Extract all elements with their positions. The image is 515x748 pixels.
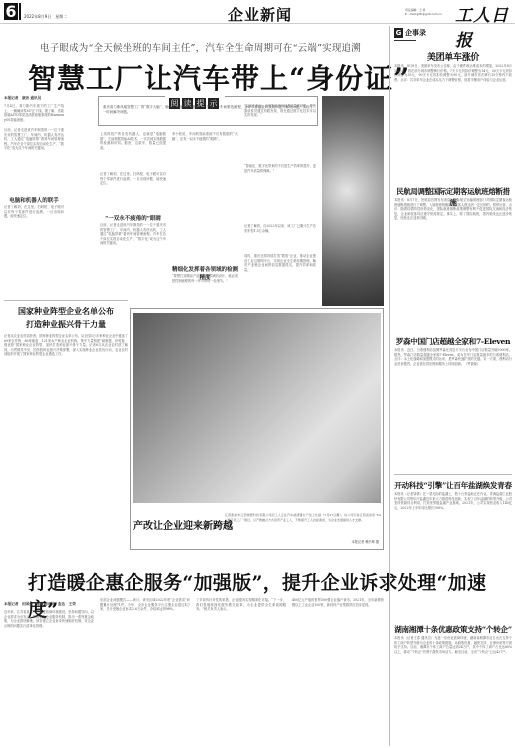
- photo-feature-image: [133, 313, 381, 503]
- column-icon: G: [394, 28, 403, 38]
- lead-col4-p1: “以前在车间，出现影响汽车外观质量的缺陷，要依靠质检员通过肉眼发现，现在通过数字…: [244, 104, 316, 164]
- lead-col4-p3: 记者了解到，自2022年以来，该工厂已累计生产各类车型1.5万余辆。: [244, 224, 316, 254]
- second-col3: 了多项有针对性的举措，企业服务实现精准化对接。“下一步，我们将继续深化服务模式改…: [196, 598, 286, 746]
- column-badge-underline: [394, 40, 416, 41]
- editor-email: E－mail:grfb@grrb.com.cn: [405, 12, 442, 16]
- lead-col1-p2: 目前，记者走进该汽车制造的一一位于重庆市的智慧工厂，车间内，机器人有序运转，工人…: [4, 128, 64, 192]
- lead-photo: [322, 96, 384, 306]
- section-title: 企业新闻: [228, 4, 292, 25]
- sidebar-story-text: 记者从农业农村部获悉，国家种业阵型企业名单公布。从全国3万多家种业企业中遴选了6…: [4, 334, 128, 552]
- editor-info: 责任编辑：王 娇 E－mail:grfb@grrb.com.cn: [405, 8, 442, 16]
- lead-col2-subhead: “一双永不疲倦的”眼睛: [100, 214, 166, 222]
- lead-col2-p1: 上线即投产的各类机器人，也就是“电脑数据”。它能根据智能AI技术，一次次地实施数…: [100, 132, 166, 172]
- brief-text: 本报讯（记者邹倩）在一望无际的盐湖上，数十台采盐船正在作业。青海盐湖工业股份有限…: [394, 492, 512, 606]
- brief-headline: 美团单车涨价: [394, 50, 512, 63]
- photo-feature-caption: 江西新余市江西施德科技有限公司的工人正在汽车滤清器生产线上忙碌（7月27日摄）。…: [225, 513, 381, 537]
- brief-headline: 罗森中国门店超越全家和7-Eleven: [394, 336, 512, 347]
- column-divider: [389, 26, 390, 746]
- brief-text: 本报讯 近日，日系便利店品牌罗森在其官方平台宣布中国门店数量突破5000家。据悉…: [394, 348, 512, 472]
- brief-text: 本报讯 8月7日，民航局官网发布消息，国际航空运输管理部门对国际定期客运航班熔断…: [394, 198, 512, 326]
- lead-col2-p2: 记者了解到，在这里，扫码枪、电子眼可以对每个零部件进行追溯，一旦出现问题，能快速…: [100, 172, 166, 212]
- photo-feature-frame: 产改让企业迎来新跨越 江西新余市江西施德科技有限公司的工人正在汽车滤清器生产线上…: [130, 308, 384, 550]
- lead-col3-p2: “要想打造精品产品，实现零缺陷设计，就必须把控制流程的每一环节的每一处细节。”: [172, 274, 238, 298]
- lead-subtitle: 电子眼成为“全天候坐班的车间主任”，汽车全生命周期可在“云端”实现追溯: [40, 40, 361, 54]
- divider: [4, 300, 128, 301]
- lead-byline: 本报记者 康劲 通讯员: [4, 96, 41, 101]
- brief-headline: 开动科技“引擎”让百年盐湖焕发青春: [394, 480, 512, 491]
- lead-col4-p2: “智能化、数字化带来的不仅是生产效率的提升，更是汽车质量的保障。”: [244, 164, 316, 224]
- second-byline: 本报记者 田国垒 本报通讯员 查达 王荣: [4, 602, 76, 607]
- header-divider: [19, 3, 21, 20]
- sidebar-story-headline: 国家种业阵型企业名单公布 打造种业振兴骨干力量: [4, 306, 128, 330]
- sidebar-title-line1: 国家种业阵型企业名单公布: [4, 306, 128, 317]
- second-col1: 近年来，江苏省某市大力推进营商环境建设，坚持问题导向，以企业需求为出发点，持续优…: [4, 610, 94, 746]
- lead-col1-p3: 记者了解到，在这里，扫码枪、电子眼可以对每个零部件进行追溯，一旦出现问题，能快速…: [4, 205, 64, 297]
- lead-col1-subhead: 电脑和机器人的联手: [4, 196, 64, 204]
- brief-text: 本报讯（记者王春 通讯员）为进一步优化营商环境，湖南省湘潭市近日出台支持个体工商…: [394, 636, 512, 746]
- lead-col3-p1: 李小松说，车间的智能系统不仅有数据的“大脑”，还有一双永不疲倦的“眼睛”。: [172, 132, 238, 230]
- lead-col4-p4: 同时，重庆还将持续打造“数智”企业，推动企业建设工业互联网平台，实现企业全生命周…: [244, 254, 316, 298]
- brief-text: 本报讯 8月8日，美团单车发布公告称，由于硬件和运维成本的增加，2022年8月1…: [394, 64, 512, 176]
- newspaper-logo: 工人日报: [455, 1, 515, 51]
- lead-col2-p3: 目前，记者走进该汽车制造的一一位于重庆市的智慧工厂，车间内，机器人有序运转，工人…: [100, 223, 166, 297]
- page-number: 6: [4, 3, 18, 20]
- second-col2: 东部企业问题模式——该月，该市区域2022年度“企业需求”问题累计处理71件。今…: [100, 598, 190, 746]
- issue-date: 2022年8月9日 星期二: [24, 14, 67, 20]
- divider: [394, 474, 512, 475]
- second-col4: 400亿元产值的世界500强企业落户该市。2021年，全市新增规模以上工业企业1…: [292, 598, 384, 746]
- brief-headline: 湖南湘潭十条优惠政策支持“个转企”: [394, 624, 512, 635]
- sidebar-title-line2: 打造种业振兴骨干力量: [4, 319, 128, 330]
- column-badge: G企事录: [394, 28, 426, 38]
- header-rule: [0, 23, 515, 24]
- column-badge-label: 企事录: [405, 29, 426, 37]
- photo-feature-title: 产改让企业迎来新跨越: [133, 517, 233, 532]
- photo-credit: 本报记者 赖书坤 摄: [351, 539, 379, 544]
